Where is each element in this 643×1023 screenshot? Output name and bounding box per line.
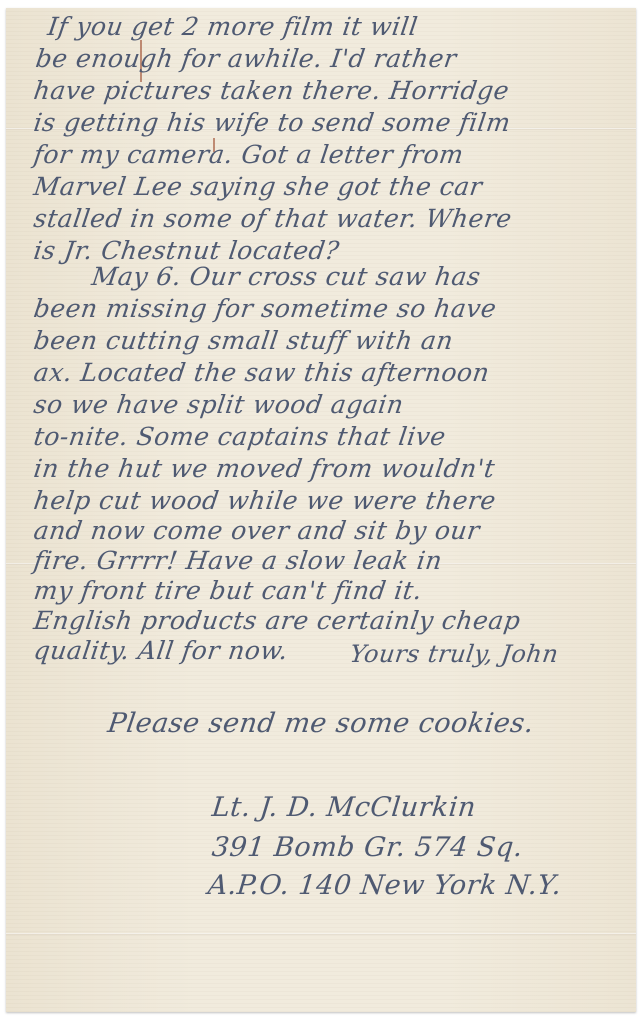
- body-line: my front tire but can't find it.: [32, 576, 424, 605]
- closing-signature: Yours truly, John: [348, 640, 560, 668]
- body-line: Marvel Lee saying she got the car: [32, 172, 484, 201]
- body-line: in the hut we moved from wouldn't: [32, 454, 497, 483]
- body-line: ax. Located the saw this afternoon: [32, 358, 491, 387]
- body-line: have pictures taken there. Horridge: [32, 76, 511, 105]
- body-line: fire. Grrrr! Have a slow leak in: [32, 546, 444, 575]
- address-line-apo: A.P.O. 140 New York N.Y.: [206, 870, 563, 901]
- body-line: so we have split wood again: [32, 390, 406, 419]
- body-line: for my camera. Got a letter from: [32, 140, 466, 169]
- body-line: to-nite. Some captains that live: [32, 422, 448, 451]
- body-line: been cutting small stuff with an: [32, 326, 455, 355]
- body-line: is Jr. Chestnut located?: [32, 236, 341, 265]
- body-line: been missing for sometime so have: [32, 294, 498, 323]
- diary-date-line: May 6. Our cross cut saw has: [90, 262, 483, 291]
- body-line: is getting his wife to send some film: [32, 108, 513, 137]
- body-line: quality. All for now.: [32, 636, 290, 665]
- body-line: stalled in some of that water. Where: [32, 204, 514, 233]
- body-line: If you get 2 more film it will: [46, 12, 420, 41]
- body-line: English products are certainly cheap: [32, 606, 522, 635]
- address-line-name: Lt. J. D. McClurkin: [210, 792, 477, 823]
- body-line: and now come over and sit by our: [32, 516, 482, 545]
- address-line-unit: 391 Bomb Gr. 574 Sq.: [210, 832, 524, 863]
- body-line: be enough for awhile. I'd rather: [34, 44, 459, 73]
- body-line: help cut wood while we were there: [32, 486, 498, 515]
- paper-fold-line: [6, 933, 636, 935]
- postscript: Please send me some cookies.: [106, 708, 536, 739]
